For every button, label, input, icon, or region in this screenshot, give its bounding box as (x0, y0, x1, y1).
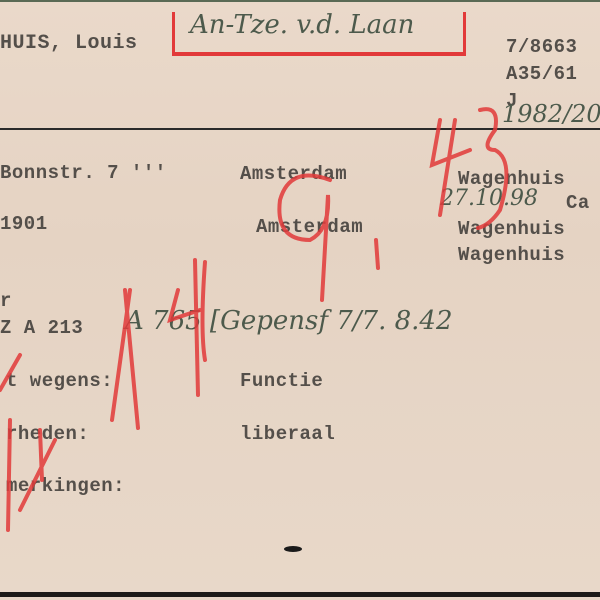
card-bottom-edge (0, 592, 600, 597)
archive-card: HUIS, Louis An-Tze. v.d. Laan 7/8663 A35… (0, 0, 600, 597)
red-pencil-marks (0, 0, 600, 600)
ink-blot (284, 546, 302, 552)
